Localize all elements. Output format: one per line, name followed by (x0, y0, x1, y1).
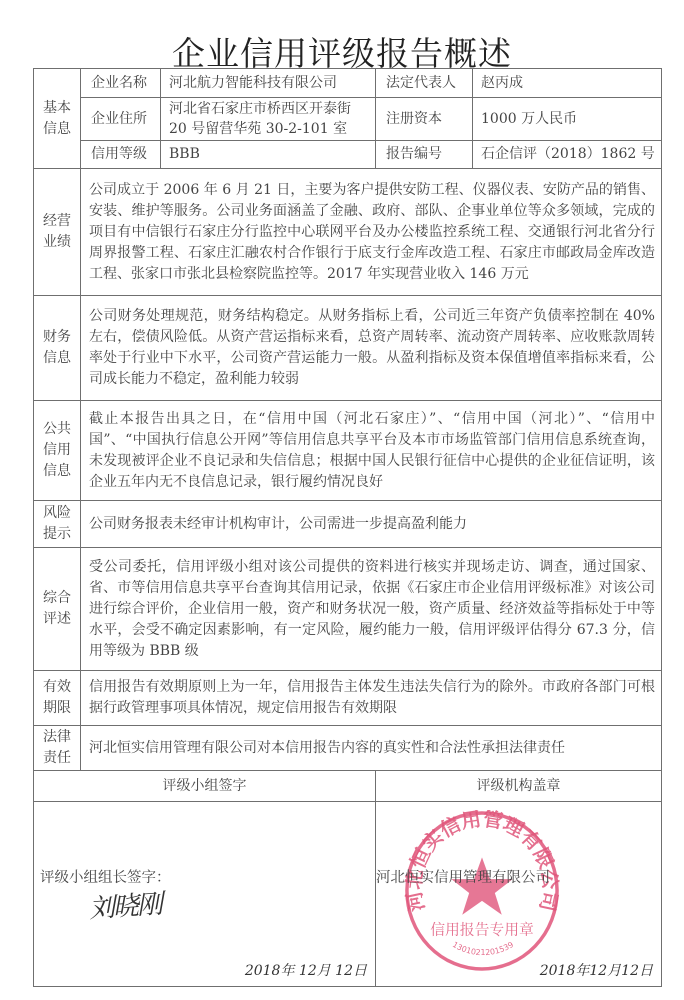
signature-header-row: 评级小组签字 评级机构盖章 (34, 771, 662, 802)
field-label-company-name: 企业名称 (81, 69, 161, 98)
section-text-legal: 河北恒实信用管理有限公司对本信用报告内容的真实性和合法性承担法律责任 (81, 726, 662, 771)
section-label-risk: 风险 提示 (34, 501, 81, 548)
section-label-validity: 有效 期限 (34, 671, 81, 726)
field-label-report-number: 报告编号 (376, 141, 473, 169)
handwritten-signature: 刘晓刚 (88, 895, 161, 921)
field-label-registered-capital: 注册资本 (376, 98, 473, 141)
basic-row-address: 企业住所 河北省石家庄市桥西区开泰街 20 号留营华苑 30-2-101 室 注… (34, 98, 662, 141)
section-text-risk: 公司财务报表未经审计机构审计，公司需进一步提高盈利能力 (81, 501, 662, 548)
section-risk: 风险 提示 公司财务报表未经审计机构审计，公司需进一步提高盈利能力 (34, 501, 662, 548)
official-seal-icon: 河北恒实信用管理有限公司 信用报告专用章 1301021201539 (403, 810, 561, 972)
section-label-business: 经营 业绩 (34, 169, 81, 296)
section-label-public-credit: 公共 信用 信息 (34, 401, 81, 501)
field-label-legal-rep: 法定代表人 (376, 69, 473, 98)
field-value-credit-rating: BBB (161, 141, 376, 169)
field-value-address: 河北省石家庄市桥西区开泰街 20 号留营华苑 30-2-101 室 (161, 98, 376, 141)
section-text-business: 公司成立于 2006 年 6 月 21 日，主要为客户提供安防工程、仪器仪表、安… (81, 169, 662, 296)
rating-agency-seal-header: 评级机构盖章 (376, 771, 662, 802)
field-label-credit-rating: 信用等级 (81, 141, 161, 169)
section-text-comprehensive: 受公司委托，信用评级小组对该公司提供的资料进行核实并现场走访、调查，通过国家、省… (81, 548, 662, 671)
basic-row-rating: 信用等级 BBB 报告编号 石企信评（2018）1862 号 (34, 141, 662, 169)
team-leader-signature-label: 评级小组组长签字： (40, 868, 171, 889)
field-value-company-name: 河北航力智能科技有限公司 (161, 69, 376, 98)
basic-row-name: 基本 信息 企业名称 河北航力智能科技有限公司 法定代表人 赵丙成 (34, 69, 662, 98)
field-value-legal-rep: 赵丙成 (473, 69, 662, 98)
section-comprehensive: 综合 评述 受公司委托，信用评级小组对该公司提供的资料进行核实并现场走访、调查，… (34, 548, 662, 671)
svg-text:1301021201539: 1301021201539 (451, 940, 515, 957)
rating-agency-name: 河北恒实信用管理有限公司 (376, 868, 550, 889)
rating-agency-seal-cell: 河北恒实信用管理有限公司 信用报告专用章 1301021201539 河北恒实信… (376, 802, 662, 987)
field-value-registered-capital: 1000 万人民币 (473, 98, 662, 141)
section-public-credit: 公共 信用 信息 截止本报告出具之日，在“信用中国（河北石家庄）”、“信用中国（… (34, 401, 662, 501)
field-label-address: 企业住所 (81, 98, 161, 141)
section-label-basic: 基本 信息 (34, 69, 81, 169)
section-text-validity: 信用报告有效期原则上为一年，信用报告主体发生违法失信行为的除外。市政府各部门可根… (81, 671, 662, 726)
svg-text:信用报告专用章: 信用报告专用章 (430, 920, 534, 938)
section-text-finance: 公司财务处理规范，财务结构稳定。从财务指标上看，公司近三年资产负债率控制在 40… (81, 296, 662, 401)
section-validity: 有效 期限 信用报告有效期原则上为一年，信用报告主体发生违法失信行为的除外。市政… (34, 671, 662, 726)
signature-body-row: 评级小组组长签字： 刘晓刚 2018年 12月 12日 河北恒实信用管理有限公司… (34, 802, 662, 987)
section-label-finance: 财务 信息 (34, 296, 81, 401)
report-table: 基本 信息 企业名称 河北航力智能科技有限公司 法定代表人 赵丙成 企业住所 河… (33, 68, 662, 987)
section-label-comprehensive: 综合 评述 (34, 548, 81, 671)
section-text-public-credit: 截止本报告出具之日，在“信用中国（河北石家庄）”、“信用中国（河北）”、“信用中… (81, 401, 662, 501)
section-legal: 法律 责任 河北恒实信用管理有限公司对本信用报告内容的真实性和合法性承担法律责任 (34, 726, 662, 771)
section-finance: 财务 信息 公司财务处理规范，财务结构稳定。从财务指标上看，公司近三年资产负债率… (34, 296, 662, 401)
rating-team-signature-cell: 评级小组组长签字： 刘晓刚 2018年 12月 12日 (34, 802, 376, 987)
section-label-legal: 法律 责任 (34, 726, 81, 771)
section-business: 经营 业绩 公司成立于 2006 年 6 月 21 日，主要为客户提供安防工程、… (34, 169, 662, 296)
rating-team-signature-header: 评级小组签字 (34, 771, 376, 802)
team-signature-date: 2018年 12月 12日 (245, 961, 367, 982)
field-value-report-number: 石企信评（2018）1862 号 (473, 141, 662, 169)
